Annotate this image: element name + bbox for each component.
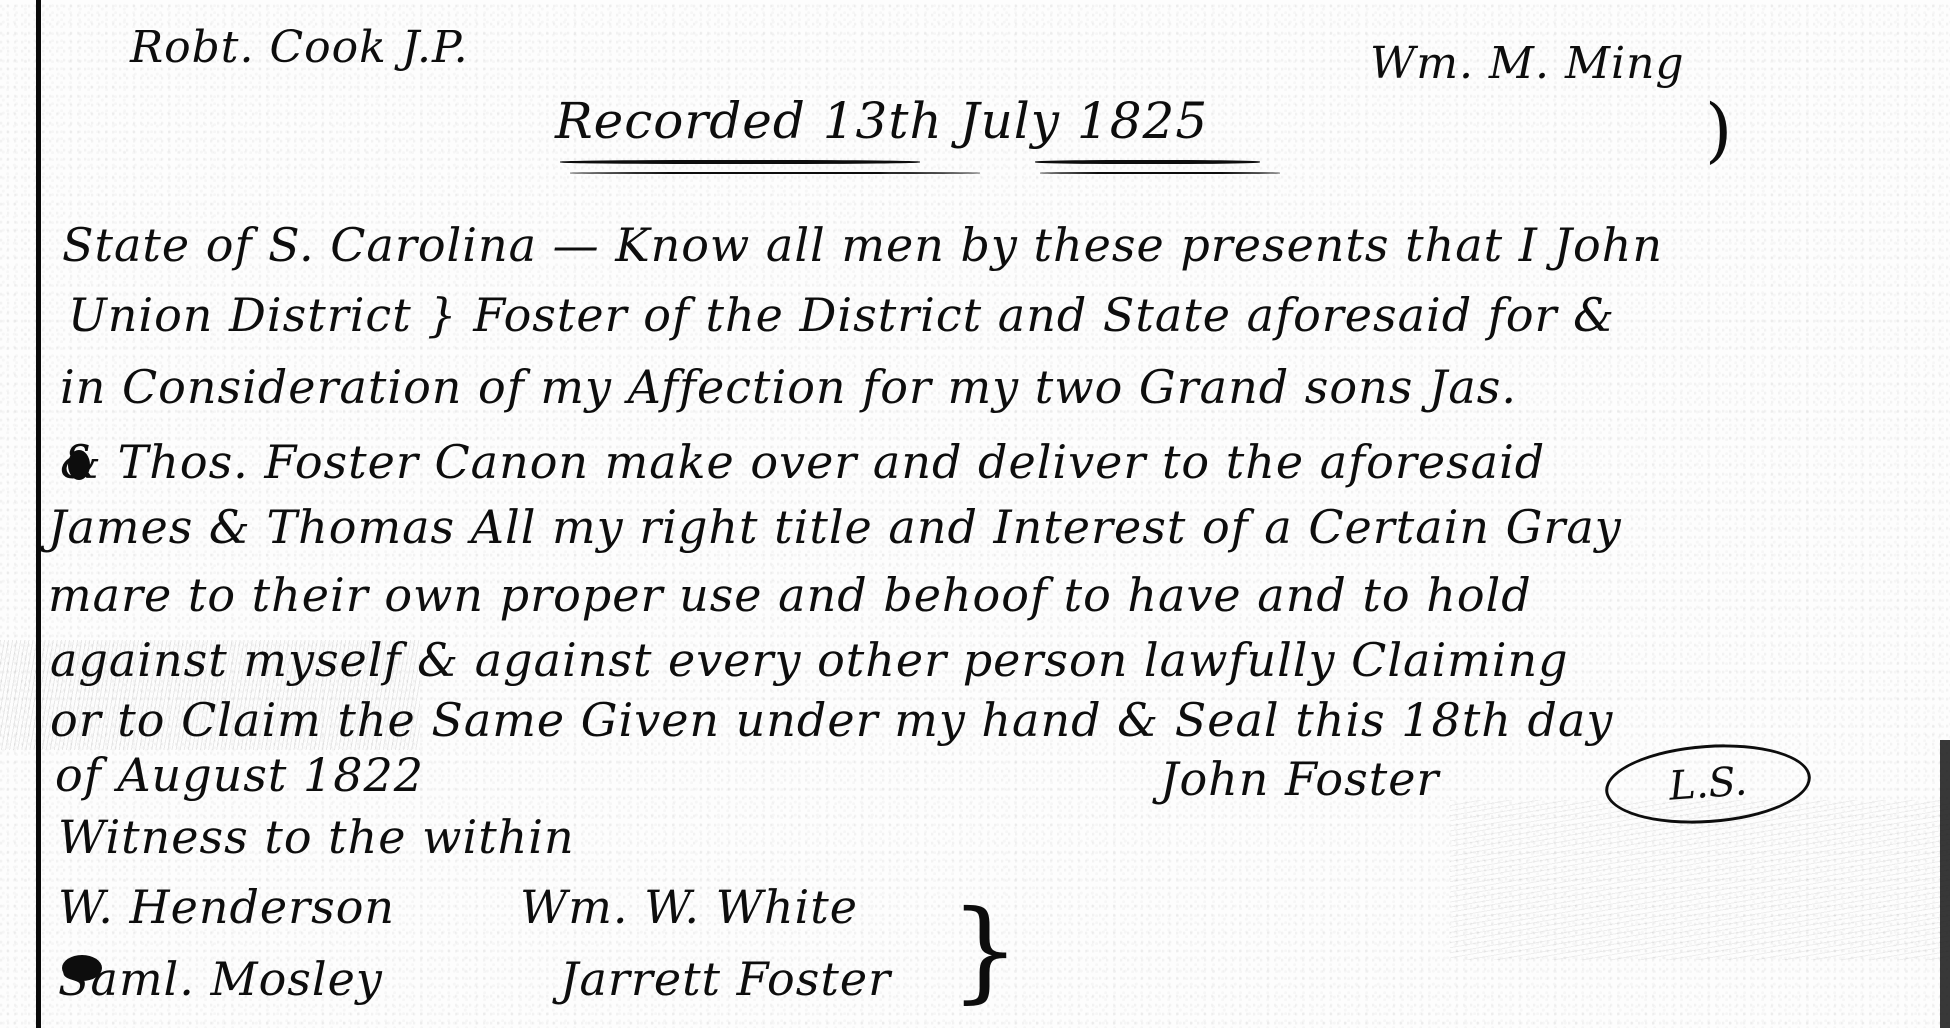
ink-blot-lower <box>62 955 102 981</box>
deed-line-2: Union District } Foster of the District … <box>68 288 1615 342</box>
witness-brace: } <box>950 895 1020 1005</box>
scanned-document-page: Robt. Cook J.P. Recorded 13th July 1825 … <box>0 0 1950 1028</box>
deed-line-4: & Thos. Foster Canon make over and deliv… <box>60 435 1545 489</box>
deed-line-6: mare to their own proper use and behoof … <box>48 568 1532 622</box>
deed-line-3: in Consideration of my Affection for my … <box>60 360 1517 414</box>
deed-line-5: James & Thomas All my right title and In… <box>48 500 1622 554</box>
left-margin-rule <box>36 0 41 1028</box>
recorded-title: Recorded 13th July 1825 <box>555 92 1208 150</box>
year-underline <box>1035 160 1260 164</box>
deed-line-7: against myself & against every other per… <box>50 633 1569 687</box>
ink-blot <box>68 450 90 480</box>
year-underline-lower <box>1040 172 1280 174</box>
witness-foster: Jarrett Foster <box>560 952 891 1006</box>
witness-henderson: W. Henderson <box>58 880 395 934</box>
flourish-bracket: ) <box>1705 95 1732 165</box>
title-underline-lower <box>570 172 980 174</box>
witness-white: Wm. W. White <box>520 880 858 934</box>
seal-mark: L.S. <box>1603 738 1814 830</box>
witness-mosley: Saml. Mosley <box>58 952 383 1006</box>
title-underline <box>560 160 920 164</box>
witness-heading: Witness to the within <box>58 810 575 864</box>
justice-signature: Robt. Cook J.P. <box>130 22 469 73</box>
scan-noise-bottom-right <box>1450 800 1950 960</box>
grantor-signature: John Foster <box>1160 752 1439 806</box>
seal-label: L.S. <box>1668 758 1749 809</box>
clerk-signature: Wm. M. Ming <box>1370 38 1685 89</box>
deed-line-9: of August 1822 <box>55 748 424 802</box>
page-edge-shadow <box>1940 740 1950 1028</box>
deed-line-1: State of S. Carolina — Know all men by t… <box>62 218 1663 272</box>
deed-line-8: or to Claim the Same Given under my hand… <box>50 693 1613 747</box>
